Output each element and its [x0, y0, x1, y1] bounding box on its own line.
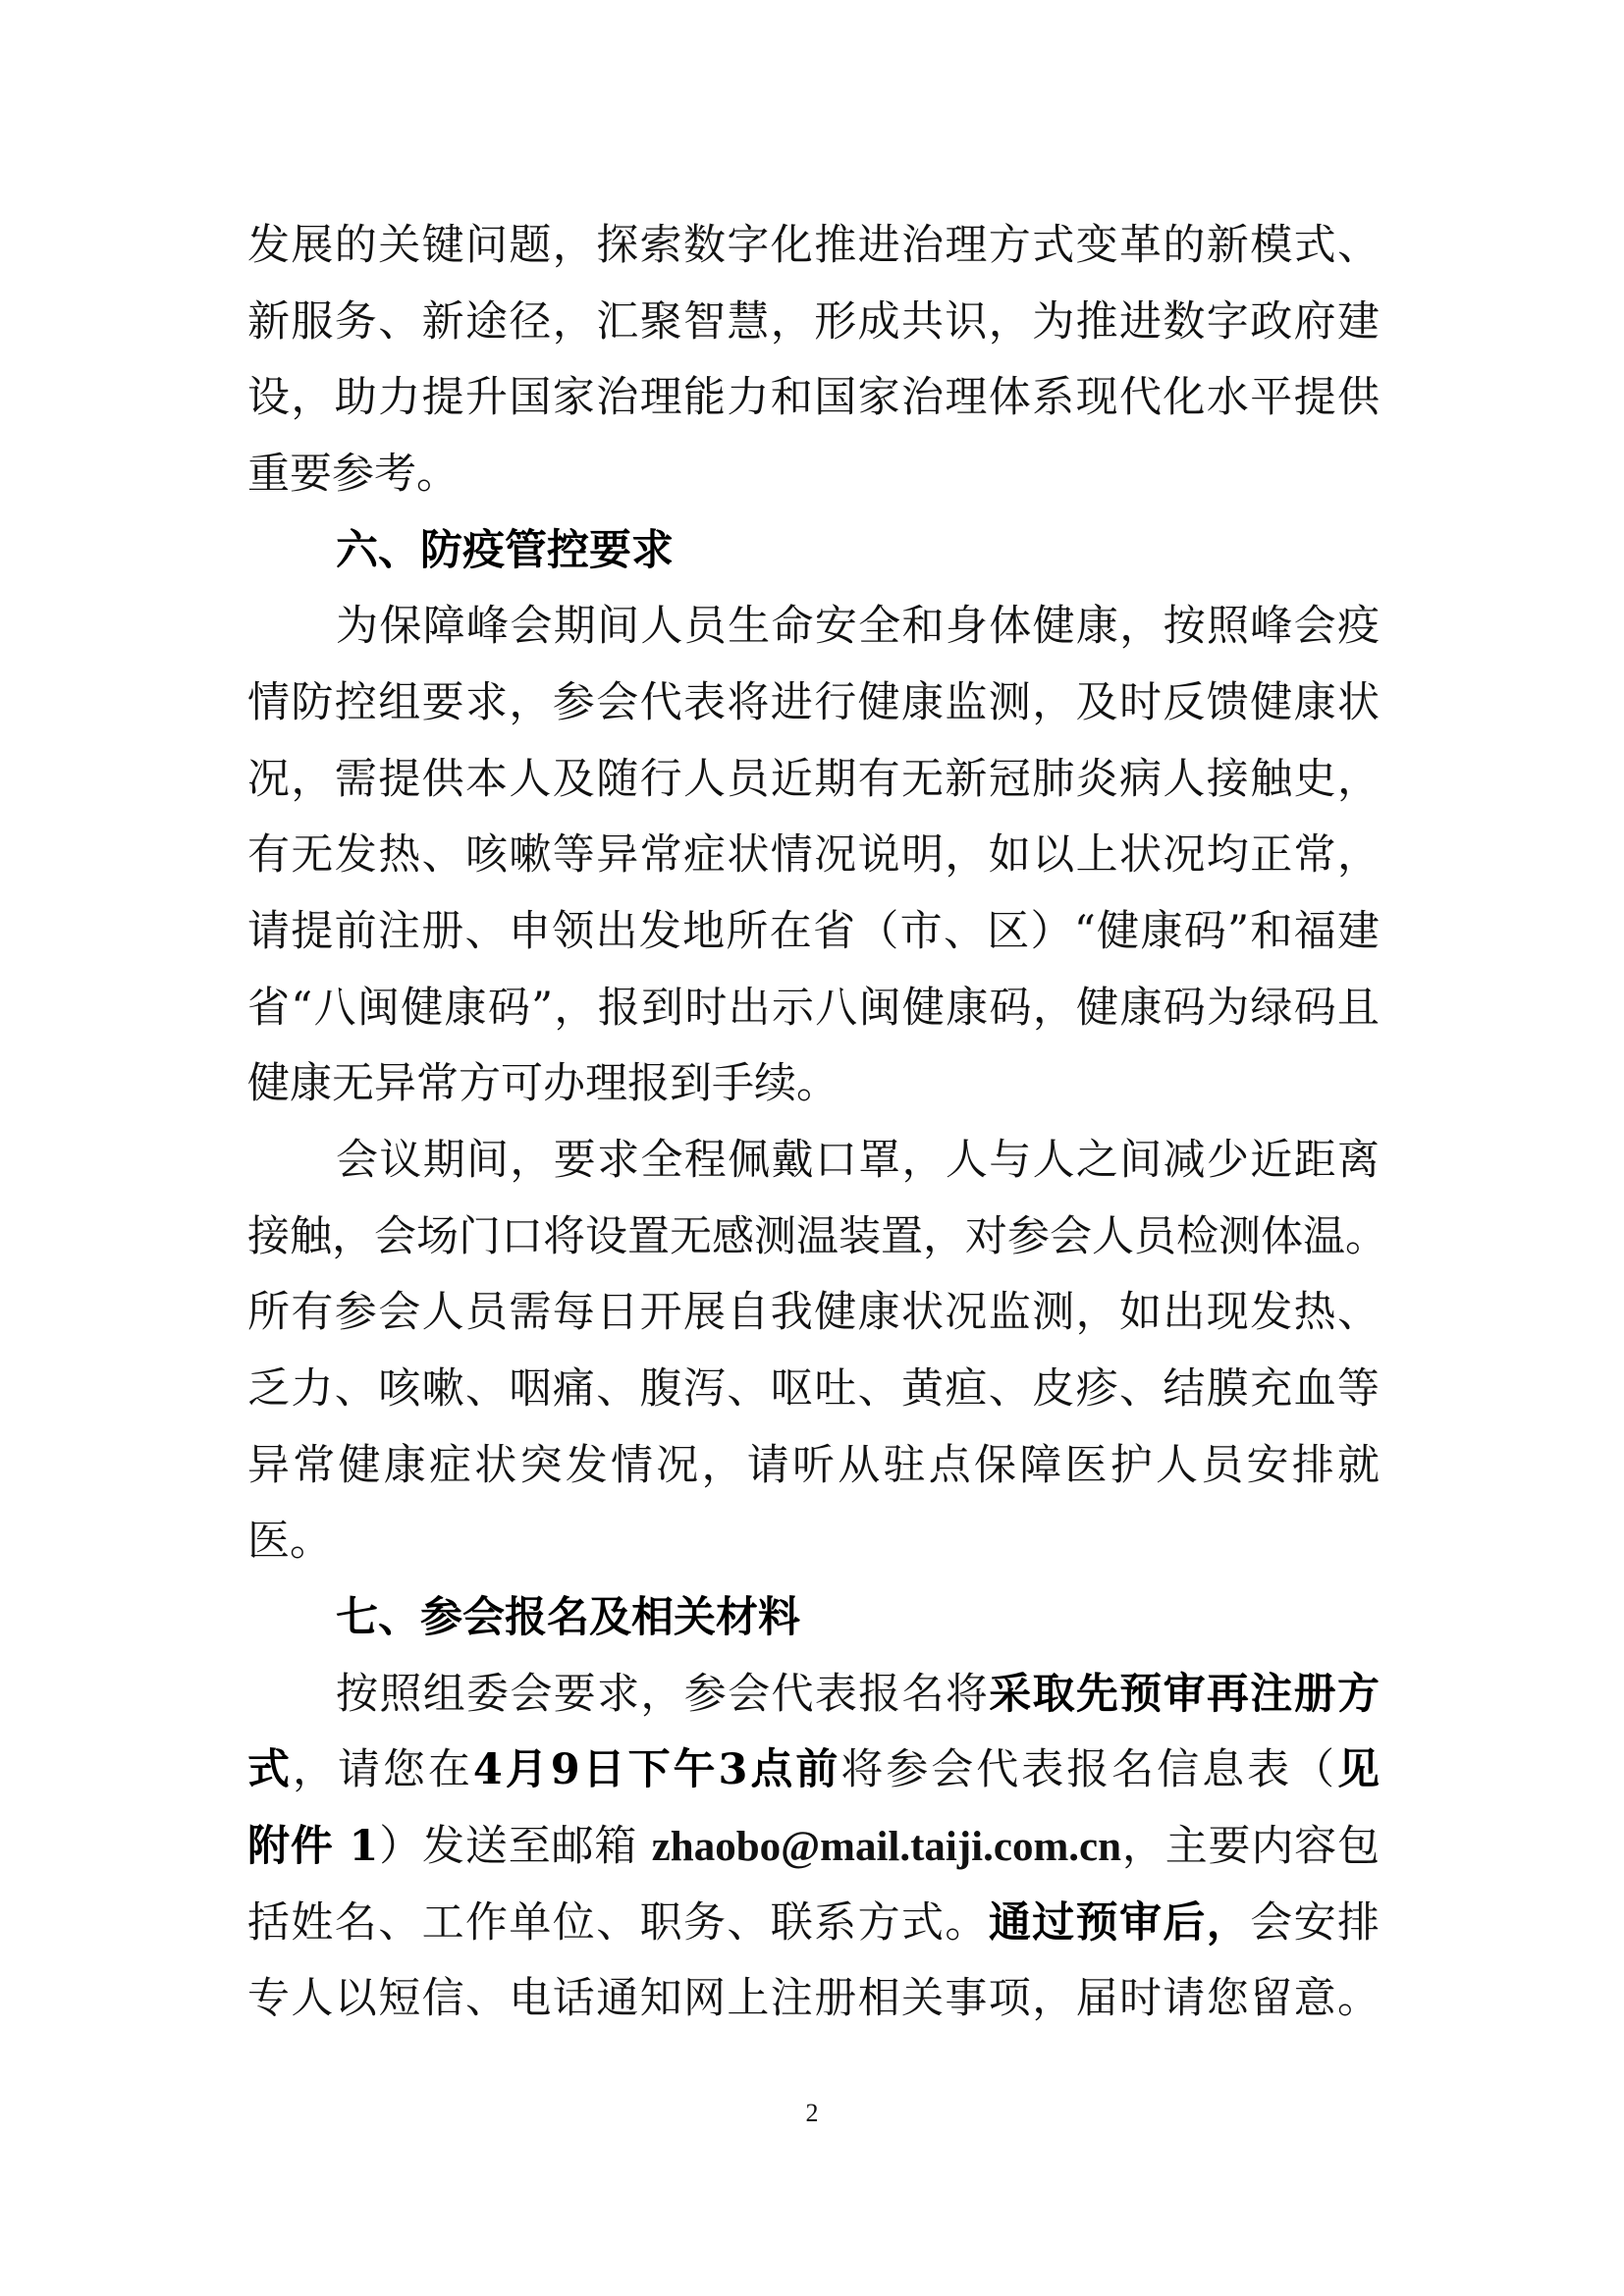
text-bold: 见: [1337, 1745, 1380, 1794]
paragraph-line: 新服务、新途径，汇聚智慧，形成共识，为推进数字政府建: [247, 294, 1380, 349]
paragraph-line: 设，助力提升国家治理能力和国家治理体系现代化水平提供: [247, 370, 1380, 425]
paragraph-line: 医。: [247, 1514, 1380, 1569]
email-address[interactable]: zhaobo@mail.taiji.com.cn: [652, 1824, 1121, 1870]
paragraph-line: 式，请您在4月9日下午3点前将参会代表报名信息表（见: [247, 1742, 1380, 1797]
attachment-reference: 附件 1: [247, 1822, 378, 1871]
paragraph-line: 按照组委会要求，参会代表报名将采取先预审再注册方: [336, 1667, 1380, 1722]
paragraph-line: 附件 1）发送至邮箱 zhaobo@mail.taiji.com.cn，主要内容…: [247, 1819, 1380, 1874]
paragraph-line: 发展的关键问题，探索数字化推进治理方式变革的新模式、: [247, 218, 1380, 273]
paragraph-line: 重要参考。: [247, 447, 1380, 502]
paragraph-line: 接触，会场门口将设置无感测温装置，对参会人员检测体温。: [247, 1209, 1380, 1264]
paragraph-line: 情防控组要求，参会代表将进行健康监测，及时反馈健康状: [247, 675, 1380, 730]
text-normal: ，请您在: [293, 1745, 473, 1794]
document-page: 发展的关键问题，探索数字化推进治理方式变革的新模式、 新服务、新途径，汇聚智慧，…: [0, 0, 1624, 2296]
paragraph-line: 所有参会人员需每日开展自我健康状况监测，如出现发热、: [247, 1285, 1380, 1340]
text-bold: 式: [247, 1745, 293, 1794]
paragraph-line: 专人以短信、电话通知网上注册相关事项，届时请您留意。: [247, 1971, 1380, 2026]
text-normal: ，主要内容包: [1121, 1822, 1380, 1871]
paragraph-line: 异常健康症状突发情况，请听从驻点保障医护人员安排就: [247, 1438, 1380, 1493]
deadline-text: 4月9日下午3点前: [473, 1745, 840, 1794]
text-normal: 将参会代表报名信息表（: [840, 1745, 1337, 1794]
paragraph-line: 有无发热、咳嗽等异常症状情况说明，如以上状况均正常，: [247, 828, 1380, 882]
page-number: 2: [785, 2099, 839, 2128]
text-normal: 括姓名、工作单位、职务、联系方式。: [247, 1898, 989, 1948]
paragraph-line: 省“八闽健康码”，报到时出示八闽健康码，健康码为绿码且: [247, 981, 1380, 1036]
section-heading: 六、防疫管控要求: [336, 523, 1380, 578]
paragraph-line: 括姓名、工作单位、职务、联系方式。通过预审后，会安排: [247, 1896, 1380, 1950]
paragraph-line: 请提前注册、申领出发地所在省（市、区）“健康码”和福建: [247, 904, 1380, 959]
section-heading: 七、参会报名及相关材料: [336, 1590, 1380, 1645]
paragraph-line: 乏力、咳嗽、咽痛、腹泻、呕吐、黄疸、皮疹、结膜充血等: [247, 1362, 1380, 1416]
paragraph-line: 健康无异常方可办理报到手续。: [247, 1056, 1380, 1111]
text-bold: 采取先预审再注册方: [989, 1670, 1380, 1719]
text-normal: 按照组委会要求，参会代表报名将: [336, 1670, 989, 1719]
paragraph-line: 为保障峰会期间人员生命安全和身体健康，按照峰会疫: [336, 599, 1380, 654]
text-bold: 通过预审后，: [989, 1898, 1250, 1948]
text-normal: ）发送至邮箱: [378, 1822, 651, 1871]
paragraph-line: 况，需提供本人及随行人员近期有无新冠肺炎病人接触史，: [247, 752, 1380, 807]
text-normal: 会安排: [1250, 1898, 1380, 1948]
paragraph-line: 会议期间，要求全程佩戴口罩，人与人之间减少近距离: [336, 1133, 1380, 1188]
